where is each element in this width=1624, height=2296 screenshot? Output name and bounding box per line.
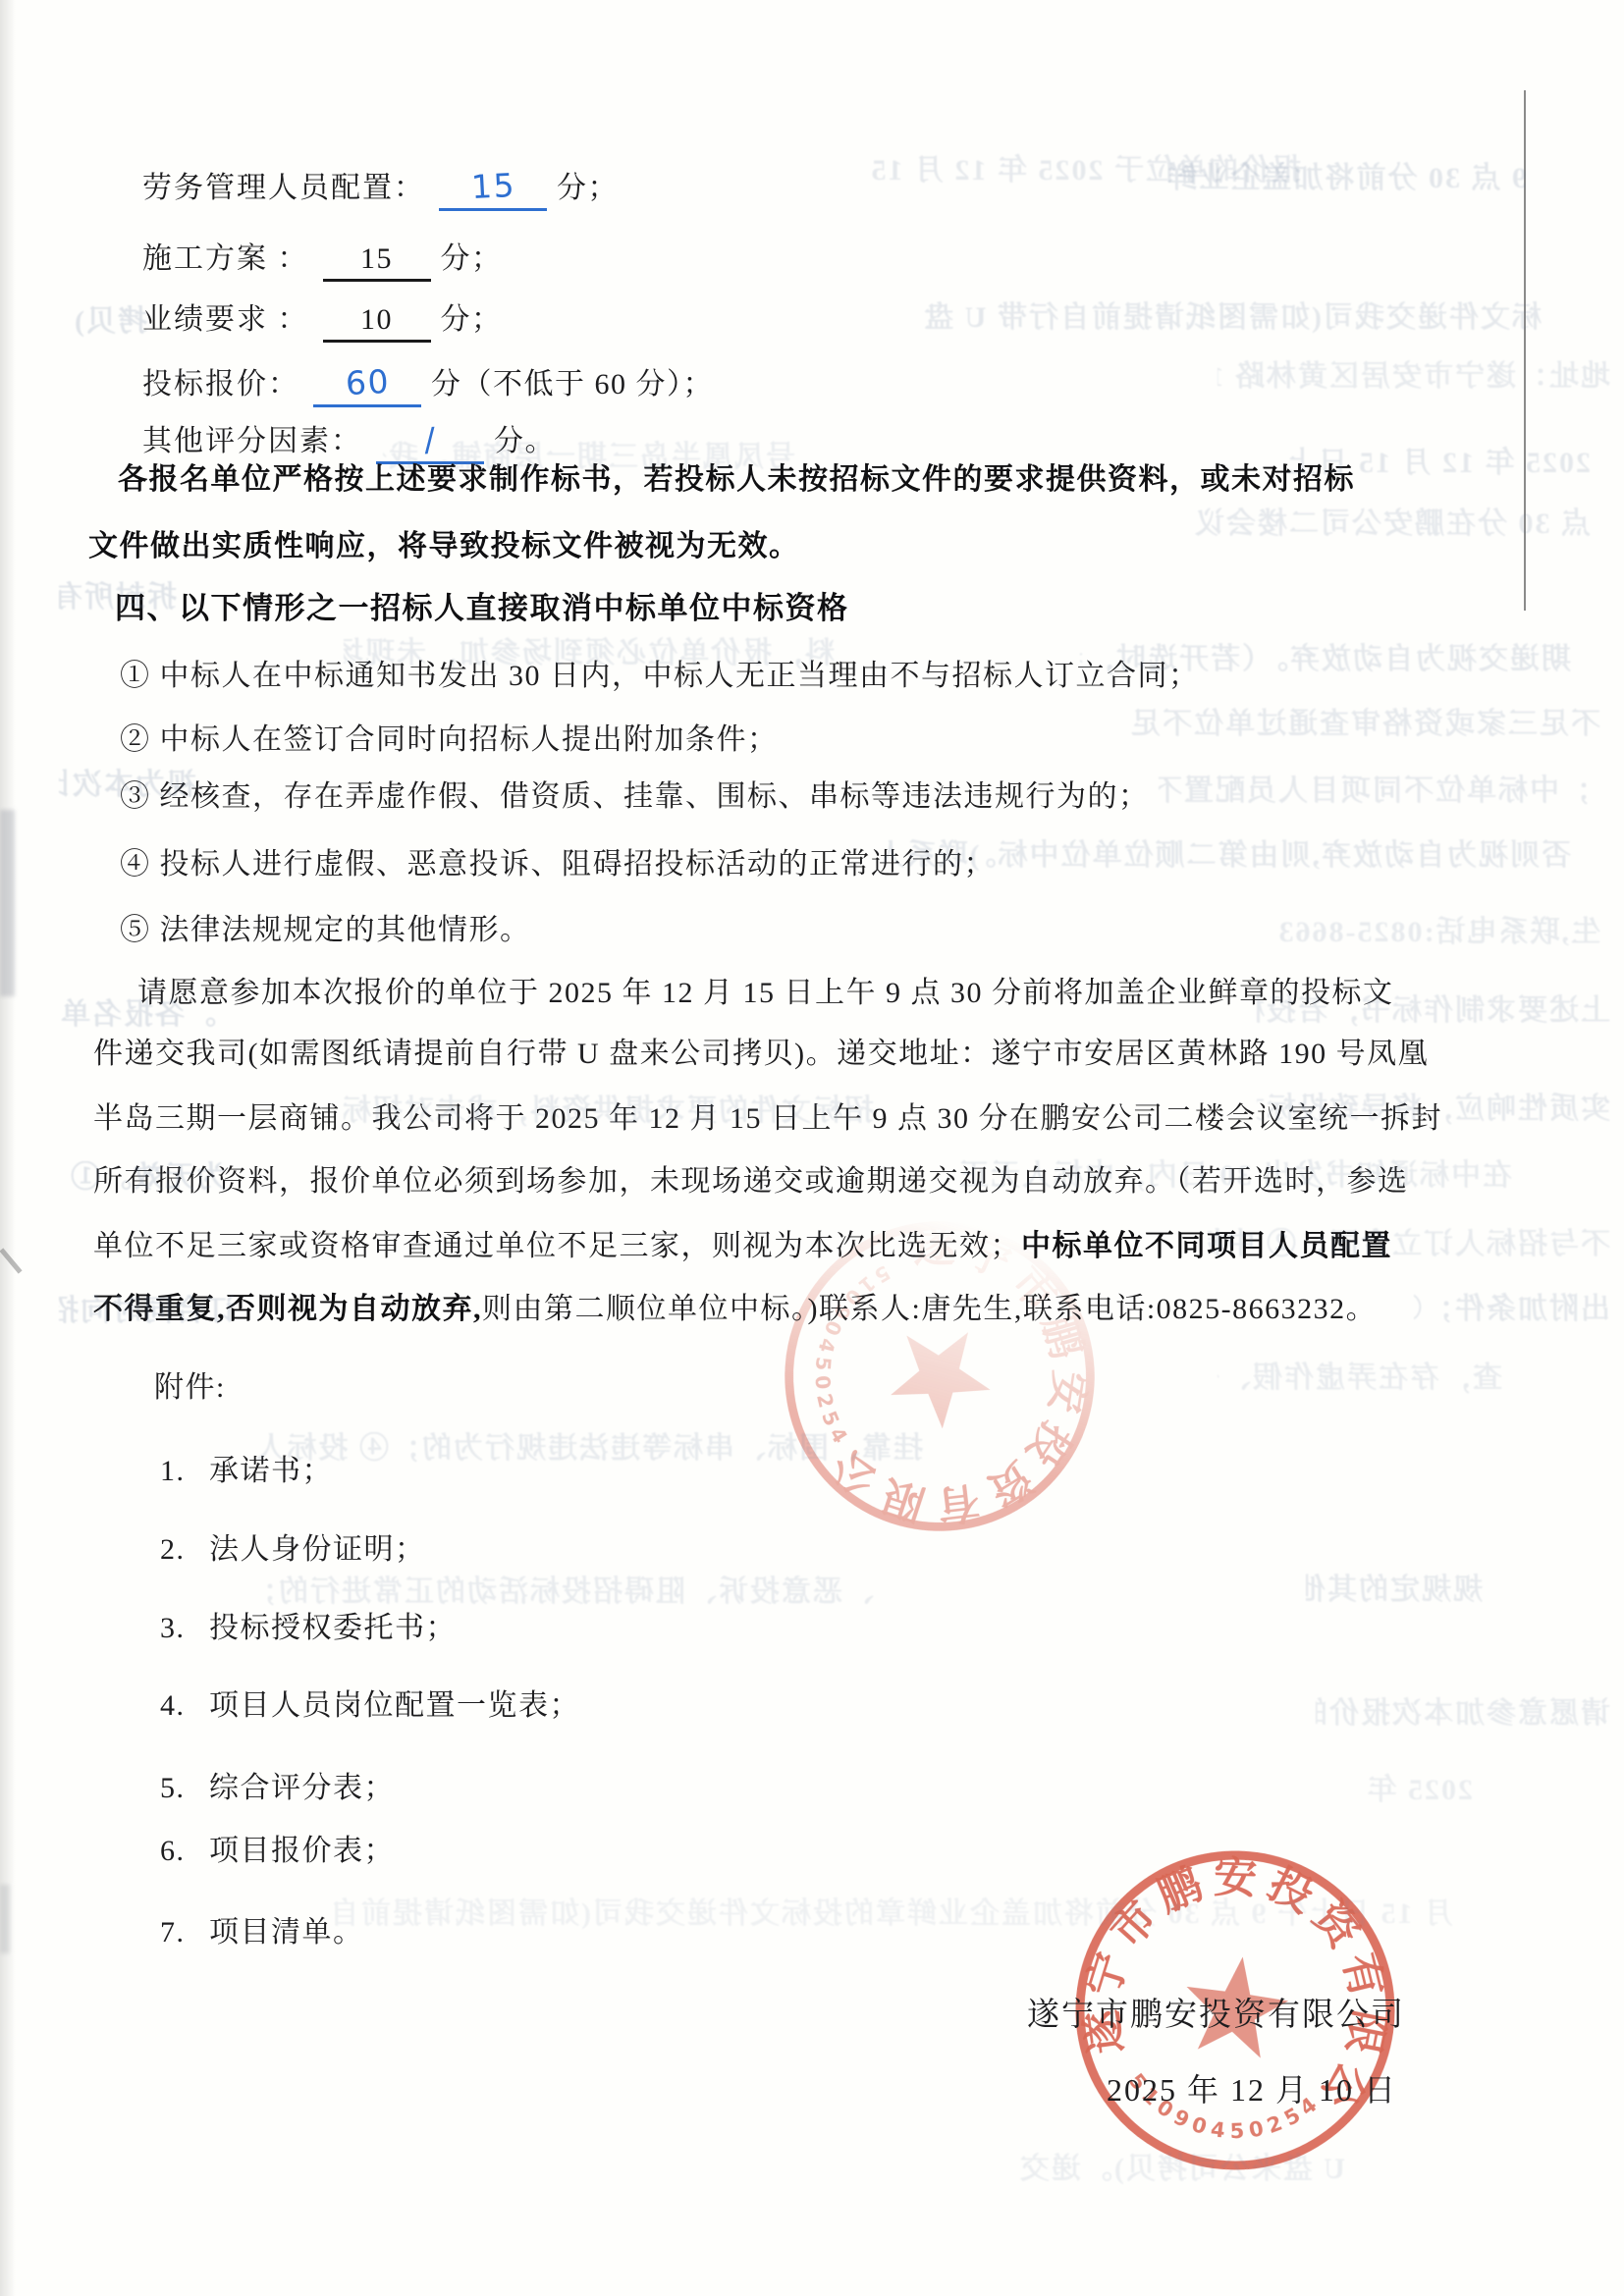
attachment-item: 1.承诺书； (160, 1446, 333, 1489)
text-line: 四、以下情形之一招标人直接取消中标单位中标资格 (115, 590, 849, 626)
text-line: 所有报价资料，报价单位必须到场参加，未现场递交或逾期递交视为自动放弃。（若开选时… (93, 1164, 1409, 1200)
score-line: 劳务管理人员配置：15分； (142, 167, 619, 211)
bleedthrough-text: 地址：遂宁市安居区黄林路 1 (1218, 351, 1610, 395)
scan-fold-line (1524, 90, 1526, 611)
score-value-underline: / (376, 420, 484, 464)
bleedthrough-text: 挂靠、围标、串标等违法违规行为的；④ 投标人进 (255, 1423, 923, 1467)
attachment-item: 5.综合评分表； (160, 1763, 395, 1806)
bleedthrough-text: ；中标单位不同项目人员配置不得 (1159, 766, 1591, 809)
text-line: 附件: (154, 1370, 226, 1406)
bleedthrough-text: 不足三家或资格审查通过单位不足三 (1129, 699, 1600, 742)
bleedthrough-text: U 盘来公司拷贝)。递交 (992, 2144, 1345, 2187)
bleedthrough-text: 出附加条件；③ (1414, 1284, 1610, 1327)
seal-star-icon (886, 1317, 1003, 1438)
scanned-document-page: 遂宁市鹏安投资有限公司 2025 年 12 月 10 日 遂宁市鹏安投资有限公司… (0, 0, 1624, 2296)
attachment-item: 6.项目报价表； (160, 1826, 395, 1869)
attachment-item: 7.项目清单。 (160, 1907, 364, 1950)
score-value-underline: 10 (323, 302, 431, 343)
signature-date: 2025 年 12 月 10 日 (1107, 2065, 1397, 2110)
bleedthrough-text: 规规定的其他 (1306, 1565, 1483, 1608)
text-line: 件递交我司(如需图纸请提前自行带 U 盘来公司拷贝)。递交地址：遂宁市安居区黄林… (93, 1037, 1429, 1072)
score-line: 施工方案 ：15分； (142, 241, 503, 282)
bleedthrough-text: 报价的单位于 2025 年 12 月 15 (673, 145, 1301, 188)
score-value-underline: 15 (323, 241, 431, 282)
text-line: ④ 投标人进行虚假、恶意投诉、阻碍招投标活动的正常进行的； (120, 847, 995, 882)
bleedthrough-text: 拷贝) (59, 296, 147, 340)
bleedthrough-text: 生,联系电话:0825-8663 (1139, 907, 1600, 950)
bleedthrough-text: 2025 年 (1247, 1765, 1473, 1808)
bleedthrough-text: 查，存在弄虚作假、借 (1218, 1353, 1502, 1396)
attachment-item: 3.投标授权委托书； (160, 1603, 457, 1646)
attachment-item: 2.法人身份证明； (160, 1524, 426, 1568)
bleedthrough-text: 月 15 日上午 9 点 30 分前将加盖企业鲜章的投标文件递交我司(如需图纸请… (196, 1889, 1453, 1932)
attachment-item: 4.项目人员岗位配置一览表； (160, 1681, 580, 1724)
signature-company: 遂宁市鹏安投资有限公司 (1027, 1989, 1405, 2035)
score-line: 投标报价：60分（不低于 60 分）； (142, 363, 714, 407)
bleedthrough-text: 标文件递交我司(如需图纸请提前自行带 U 盘 (913, 293, 1542, 336)
text-line: ① 中标人在中标通知书发出 30 日内，中标人无正当理由不与招标人订立合同； (120, 659, 1200, 694)
text-line: 各报名单位严格按上述要求制作标书，若投标人未按招标文件的要求提供资料，或未对招标 (118, 462, 1355, 498)
score-line: 业绩要求 ：10分； (142, 302, 503, 343)
score-line: 其他评分因素：/分。 (142, 420, 556, 464)
text-line: 文件做出实质性响应，将导致投标文件被视为无效。 (88, 529, 800, 564)
text-line: 不得重复,否则视为自动放弃,则由第二顺位单位中标。)联系人:唐先生,联系电话:0… (93, 1292, 1377, 1327)
bleedthrough-text: 请愿意参加本次报价的 (1316, 1688, 1610, 1732)
bleedthrough-text: 9 点 30 分前将加盖企业鲜 (1065, 153, 1527, 196)
text-line: 请愿意参加本次报价的单位于 2025 年 12 月 15 日上午 9 点 30 … (137, 976, 1394, 1011)
text-line: 单位不足三家或资格审查通过单位不足三家，则视为本次比选无效；中标单位不同项目人员… (93, 1229, 1392, 1264)
bleedthrough-text: 点 30 分在鹏安公司二楼会议 (1129, 499, 1591, 542)
text-line: 半岛三期一层商铺。我公司将于 2025 年 12 月 15 日上午 9 点 30… (93, 1101, 1442, 1137)
text-line: ⑤ 法律法规规定的其他情形。 (120, 913, 531, 948)
text-line: ② 中标人在签订合同时向招标人提出附加条件； (120, 722, 779, 758)
scan-edge-shading (0, 0, 16, 2296)
text-line: ③ 经核查，存在弄虚作假、借资质、挂靠、围标、串标等违法违规行为的； (120, 779, 1150, 815)
score-value-underline: 15 (439, 167, 547, 211)
score-value-underline: 60 (313, 363, 421, 407)
